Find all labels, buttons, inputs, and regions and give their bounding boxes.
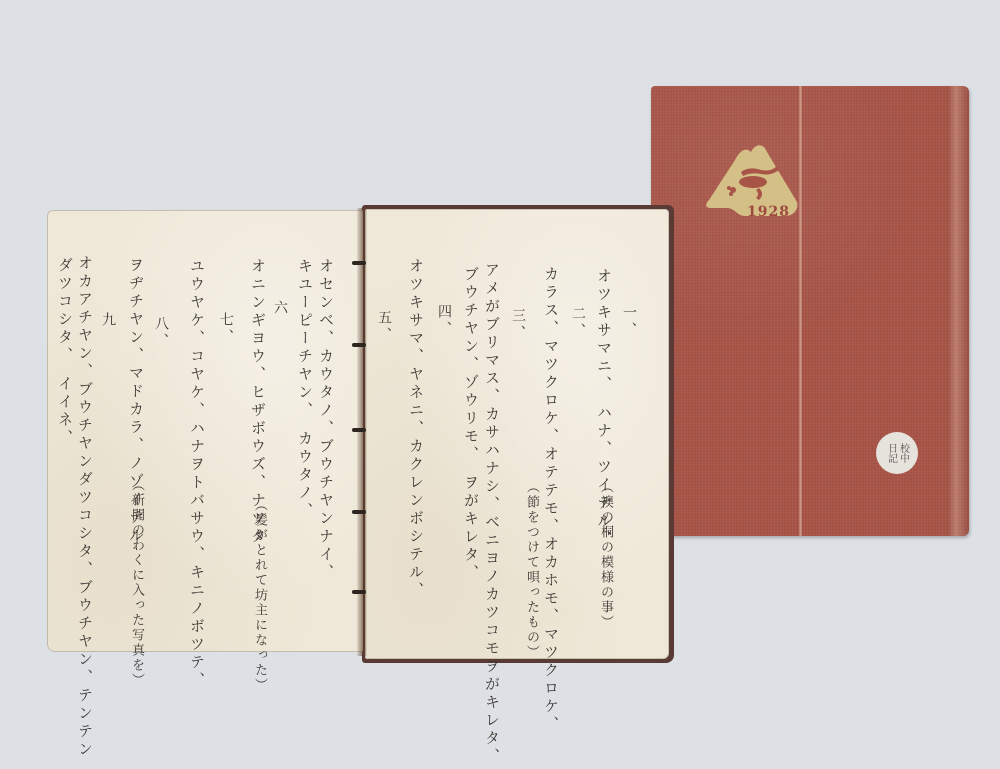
entry-note: （襖の桐の模様の事） <box>597 480 613 630</box>
entry-line: キユーピーチヤン、 カウタノ、 <box>297 258 313 521</box>
entry-line: オツキサマ、ヤネニ、カクレンボシテル、 <box>408 258 424 600</box>
entry-number: 三、 <box>510 308 526 342</box>
binding-stitch <box>352 343 366 347</box>
diary-cover: 1928 校中 日記 <box>651 86 969 536</box>
binding-stitch <box>352 510 366 514</box>
entry-number: 二、 <box>570 306 586 340</box>
entry-number: 六 <box>272 300 288 317</box>
emblem-year: 1928 <box>747 204 807 220</box>
entry-line: アメがブリマス、カサハナシ、ベニヨノカツコモヲがキレタ、 <box>484 262 500 766</box>
label-col-1: 校中 <box>898 443 909 463</box>
binding-stitch <box>352 590 366 594</box>
entry-number: 五、 <box>376 310 392 344</box>
entry-number: 九 <box>100 312 116 329</box>
entry-number: 七、 <box>218 312 234 346</box>
entry-line: オカアチヤン、ブウチヤンダツコシタ、ブウチヤン、テンテン <box>77 255 93 759</box>
binding-stitch <box>352 428 366 432</box>
cover-spine <box>947 86 969 536</box>
entry-note: （髪がとれて坊主になった） <box>251 498 267 693</box>
entry-number: 四、 <box>436 304 452 338</box>
entry-line: ブウチヤン、ゾウリモ、 ヲがキレタ、 <box>463 266 479 583</box>
binding-stitch <box>352 261 366 265</box>
entry-number: 一、 <box>621 305 637 339</box>
entry-line: カラス、マツクロケ、オテテモ、オカホモ、マツクロケ、 <box>543 266 559 734</box>
entry-line: オセンベ、カウタノ、ブウチヤンナイ、 <box>318 258 334 582</box>
entry-number: 八、 <box>153 316 169 350</box>
entry-line: ダツコシタ、 イイネ、 <box>57 257 73 448</box>
notebook-gutter <box>357 208 367 656</box>
photo-scene: 1928 校中 日記 一、 オツキサマニ、 ハナ、ツイテル、 （襖の桐の模様の事… <box>0 0 1000 769</box>
entry-note: （新聞のわくに入った写真を） <box>128 478 144 688</box>
diary-label-seal: 校中 日記 <box>876 432 918 474</box>
entry-line: ユウヤケ、コヤケ、ハナヲトバサウ、キニノボツテ、 <box>189 258 205 690</box>
label-col-2: 日記 <box>886 443 897 463</box>
entry-note: （節をつけて唄ったもの） <box>523 480 539 660</box>
